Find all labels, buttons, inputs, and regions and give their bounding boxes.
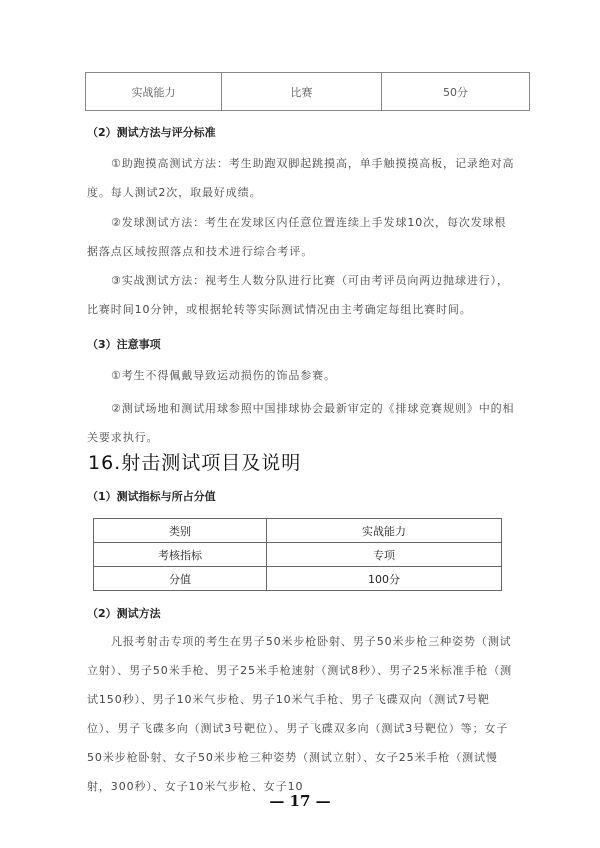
table-cell: 专项 bbox=[267, 543, 502, 567]
paragraph-text: ①助跑摸高测试方法：考生助跑双脚起跳摸高，单手触摸摸高板，记录绝对高度。每人测试… bbox=[87, 157, 514, 199]
section-heading-test-method: （2）测试方法与评分标准 bbox=[87, 124, 216, 140]
table-row: 考核指标 专项 bbox=[94, 543, 502, 567]
section-heading-notes: （3）注意事项 bbox=[87, 336, 161, 352]
table-row: 分值 100分 bbox=[94, 567, 502, 591]
table-cell: 实战能力 bbox=[86, 73, 222, 111]
table-cell: 比赛 bbox=[222, 73, 382, 111]
table-cell: 实战能力 bbox=[267, 519, 502, 543]
top-scoring-table: 实战能力 比赛 50分 bbox=[85, 72, 530, 111]
paragraph-method-3: ③实战测试方法：视考生人数分队进行比赛（可由考评员向两边抛球进行），比赛时间10… bbox=[87, 266, 517, 324]
paragraph-text: ①考生不得佩戴导致运动损伤的饰品参赛。 bbox=[111, 369, 336, 382]
table-cell: 分值 bbox=[94, 567, 267, 591]
shooting-indicators-table: 类别 实战能力 考核指标 专项 分值 100分 bbox=[93, 518, 502, 591]
table-row: 类别 实战能力 bbox=[94, 519, 502, 543]
section-heading-shooting-method: （2）测试方法 bbox=[87, 605, 161, 621]
paragraph-text: ②发球测试方法：考生在发球区内任意位置连续上手发球10次，每次发球根据落点区域按… bbox=[87, 216, 506, 258]
table-cell: 考核指标 bbox=[94, 543, 267, 567]
paragraph-text: 凡报考射击专项的考生在男子50米步枪卧射、男子50米步枪三种姿势（测试立射）、男… bbox=[87, 635, 512, 793]
paragraph-text: ②测试场地和测试用球参照中国排球协会最新审定的《排球竞赛规则》中的相关要求执行。 bbox=[87, 402, 514, 444]
paragraph-note-1: ①考生不得佩戴导致运动损伤的饰品参赛。 bbox=[87, 361, 517, 390]
table-cell: 50分 bbox=[382, 73, 530, 111]
paragraph-method-2: ②发球测试方法：考生在发球区内任意位置连续上手发球10次，每次发球根据落点区域按… bbox=[87, 208, 517, 266]
table-cell: 100分 bbox=[267, 567, 502, 591]
table-row: 实战能力 比赛 50分 bbox=[86, 73, 530, 111]
paragraph-text: ③实战测试方法：视考生人数分队进行比赛（可由考评员向两边抛球进行），比赛时间10… bbox=[87, 274, 509, 316]
paragraph-shooting-method: 凡报考射击专项的考生在男子50米步枪卧射、男子50米步枪三种姿势（测试立射）、男… bbox=[87, 627, 517, 801]
paragraph-method-1: ①助跑摸高测试方法：考生助跑双脚起跳摸高，单手触摸摸高板，记录绝对高度。每人测试… bbox=[87, 149, 517, 207]
page-number: — 17 — bbox=[0, 792, 600, 810]
section-title-shooting: 16.射击测试项目及说明 bbox=[88, 448, 301, 475]
section-heading-indicators: （1）测试指标与所占分值 bbox=[87, 488, 216, 504]
table-cell: 类别 bbox=[94, 519, 267, 543]
paragraph-note-2: ②测试场地和测试用球参照中国排球协会最新审定的《排球竞赛规则》中的相关要求执行。 bbox=[87, 394, 517, 452]
